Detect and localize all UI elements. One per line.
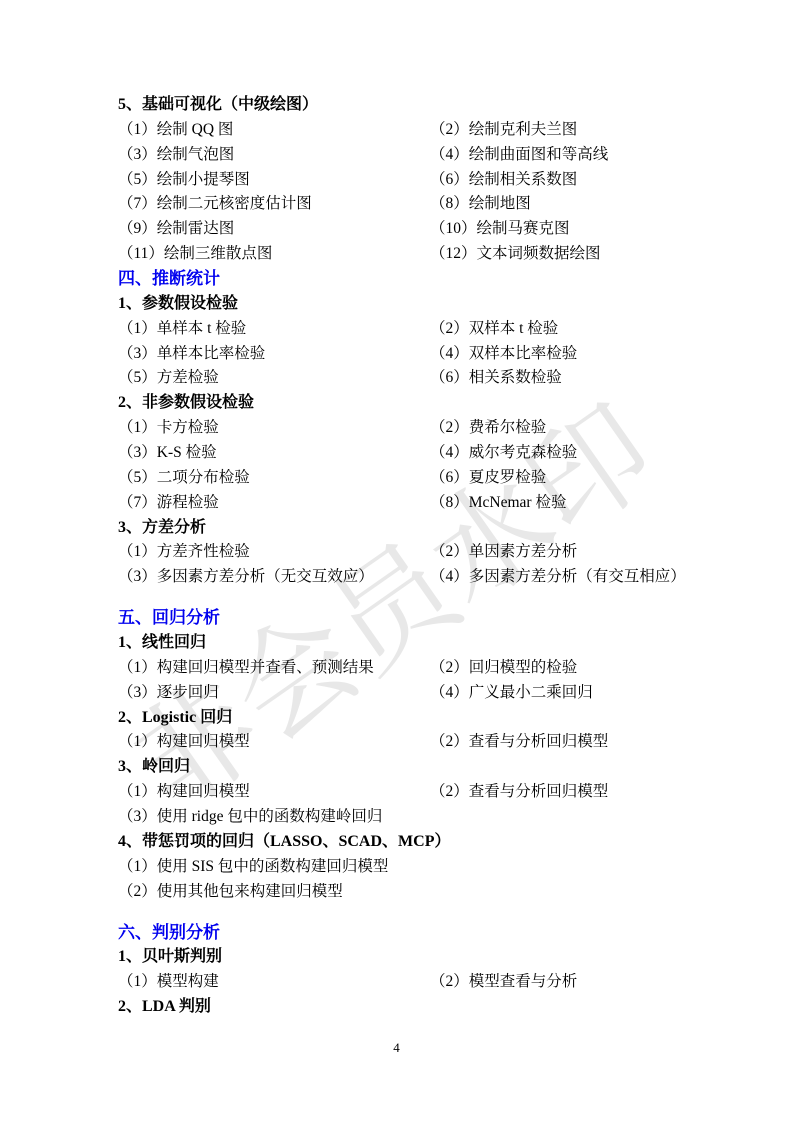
toc-item: （1）卡方检验	[118, 416, 219, 441]
toc-item: （4）多因素方差分析（有交互相应）	[430, 565, 686, 590]
toc-row: （1）方差齐性检验 （2）单因素方差分析	[118, 540, 703, 565]
subsection-heading: 2、非参数假设检验	[118, 391, 703, 416]
toc-row: （1）构建回归模型 （2）查看与分析回归模型	[118, 730, 703, 755]
toc-item: （5）二项分布检验	[118, 466, 250, 491]
toc-row: （1）单样本 t 检验 （2）双样本 t 检验	[118, 317, 703, 342]
page-number: 4	[0, 1040, 793, 1056]
subsection-heading: 5、基础可视化（中级绘图）	[118, 93, 703, 118]
toc-item: （11）绘制三维散点图	[118, 242, 272, 267]
toc-item: （8）McNemar 检验	[430, 491, 566, 516]
toc-row: （3）绘制气泡图 （4）绘制曲面图和等高线	[118, 143, 703, 168]
toc-item: （8）绘制地图	[430, 192, 531, 217]
toc-item: （12）文本词频数据绘图	[430, 242, 601, 267]
toc-item: （5）方差检验	[118, 366, 219, 391]
toc-item: （4）绘制曲面图和等高线	[430, 143, 608, 168]
toc-row: （7）游程检验 （8）McNemar 检验	[118, 491, 703, 516]
toc-item: （1）绘制 QQ 图	[118, 118, 233, 143]
toc-row: （1）构建回归模型 （2）查看与分析回归模型	[118, 780, 703, 805]
toc-item: （3）多因素方差分析（无交互效应）	[118, 565, 374, 590]
subsection-heading: 4、带惩罚项的回归（LASSO、SCAD、MCP）	[118, 830, 703, 855]
toc-item: （5）绘制小提琴图	[118, 168, 250, 193]
toc-item: （3）K-S 检验	[118, 441, 217, 466]
toc-item: （2）费希尔检验	[430, 416, 546, 441]
toc-item: （2）模型查看与分析	[430, 970, 577, 995]
toc-item: （10）绘制马赛克图	[430, 217, 570, 242]
toc-item: （3）绘制气泡图	[118, 143, 234, 168]
toc-item: （2）使用其他包来构建回归模型	[118, 880, 343, 905]
toc-item: （4）广义最小二乘回归	[430, 681, 593, 706]
toc-item: （1）方差齐性检验	[118, 540, 250, 565]
toc-item: （4）双样本比率检验	[430, 342, 577, 367]
toc-item: （6）绘制相关系数图	[430, 168, 577, 193]
toc-item: （9）绘制雷达图	[118, 217, 234, 242]
toc-item: （1）构建回归模型并查看、预测结果	[118, 656, 374, 681]
subsection-heading: 3、方差分析	[118, 516, 703, 541]
section-heading: 六、判别分析	[118, 921, 703, 946]
subsection-heading: 2、Logistic 回归	[118, 706, 703, 731]
toc-row: （1）模型构建 （2）模型查看与分析	[118, 970, 703, 995]
section-heading: 四、推断统计	[118, 267, 703, 292]
document-page: 非会员水印 5、基础可视化（中级绘图） （1）绘制 QQ 图 （2）绘制克利夫兰…	[0, 0, 793, 1122]
toc-row: （3）逐步回归 （4）广义最小二乘回归	[118, 681, 703, 706]
toc-item: （1）模型构建	[118, 970, 219, 995]
toc-row: （1）绘制 QQ 图 （2）绘制克利夫兰图	[118, 118, 703, 143]
toc-row: （1）卡方检验 （2）费希尔检验	[118, 416, 703, 441]
toc-row: （1）构建回归模型并查看、预测结果 （2）回归模型的检验	[118, 656, 703, 681]
toc-row: （3）多因素方差分析（无交互效应） （4）多因素方差分析（有交互相应）	[118, 565, 703, 590]
toc-row: （3）单样本比率检验 （4）双样本比率检验	[118, 342, 703, 367]
toc-item: （2）查看与分析回归模型	[430, 730, 608, 755]
toc-row: （3）使用 ridge 包中的函数构建岭回归	[118, 805, 703, 830]
toc-item: （1）单样本 t 检验	[118, 317, 246, 342]
subsection-heading: 3、岭回归	[118, 755, 703, 780]
toc-row: （2）使用其他包来构建回归模型	[118, 880, 703, 905]
toc-row: （5）二项分布检验 （6）夏皮罗检验	[118, 466, 703, 491]
subsection-heading: 2、LDA 判别	[118, 995, 703, 1020]
toc-row: （5）方差检验 （6）相关系数检验	[118, 366, 703, 391]
toc-item: （4）威尔考克森检验	[430, 441, 577, 466]
toc-row: （7）绘制二元核密度估计图 （8）绘制地图	[118, 192, 703, 217]
toc-item: （7）游程检验	[118, 491, 219, 516]
toc-item: （1）构建回归模型	[118, 730, 250, 755]
toc-item: （2）查看与分析回归模型	[430, 780, 608, 805]
toc-row: （9）绘制雷达图 （10）绘制马赛克图	[118, 217, 703, 242]
toc-item: （1）使用 SIS 包中的函数构建回归模型	[118, 855, 388, 880]
toc-item: （7）绘制二元核密度估计图	[118, 192, 312, 217]
toc-item: （3）使用 ridge 包中的函数构建岭回归	[118, 805, 382, 830]
toc-item: （2）单因素方差分析	[430, 540, 577, 565]
subsection-heading: 1、参数假设检验	[118, 292, 703, 317]
toc-item: （2）绘制克利夫兰图	[430, 118, 577, 143]
toc-row: （1）使用 SIS 包中的函数构建回归模型	[118, 855, 703, 880]
subsection-heading: 1、贝叶斯判别	[118, 945, 703, 970]
toc-item: （2）回归模型的检验	[430, 656, 577, 681]
toc-item: （1）构建回归模型	[118, 780, 250, 805]
toc-row: （3）K-S 检验 （4）威尔考克森检验	[118, 441, 703, 466]
toc-item: （3）逐步回归	[118, 681, 219, 706]
document-content: 5、基础可视化（中级绘图） （1）绘制 QQ 图 （2）绘制克利夫兰图 （3）绘…	[118, 93, 703, 1020]
toc-item: （6）夏皮罗检验	[430, 466, 546, 491]
subsection-heading: 1、线性回归	[118, 631, 703, 656]
toc-item: （2）双样本 t 检验	[430, 317, 558, 342]
toc-item: （3）单样本比率检验	[118, 342, 265, 367]
section-heading: 五、回归分析	[118, 606, 703, 631]
toc-row: （11）绘制三维散点图 （12）文本词频数据绘图	[118, 242, 703, 267]
toc-row: （5）绘制小提琴图 （6）绘制相关系数图	[118, 168, 703, 193]
toc-item: （6）相关系数检验	[430, 366, 562, 391]
